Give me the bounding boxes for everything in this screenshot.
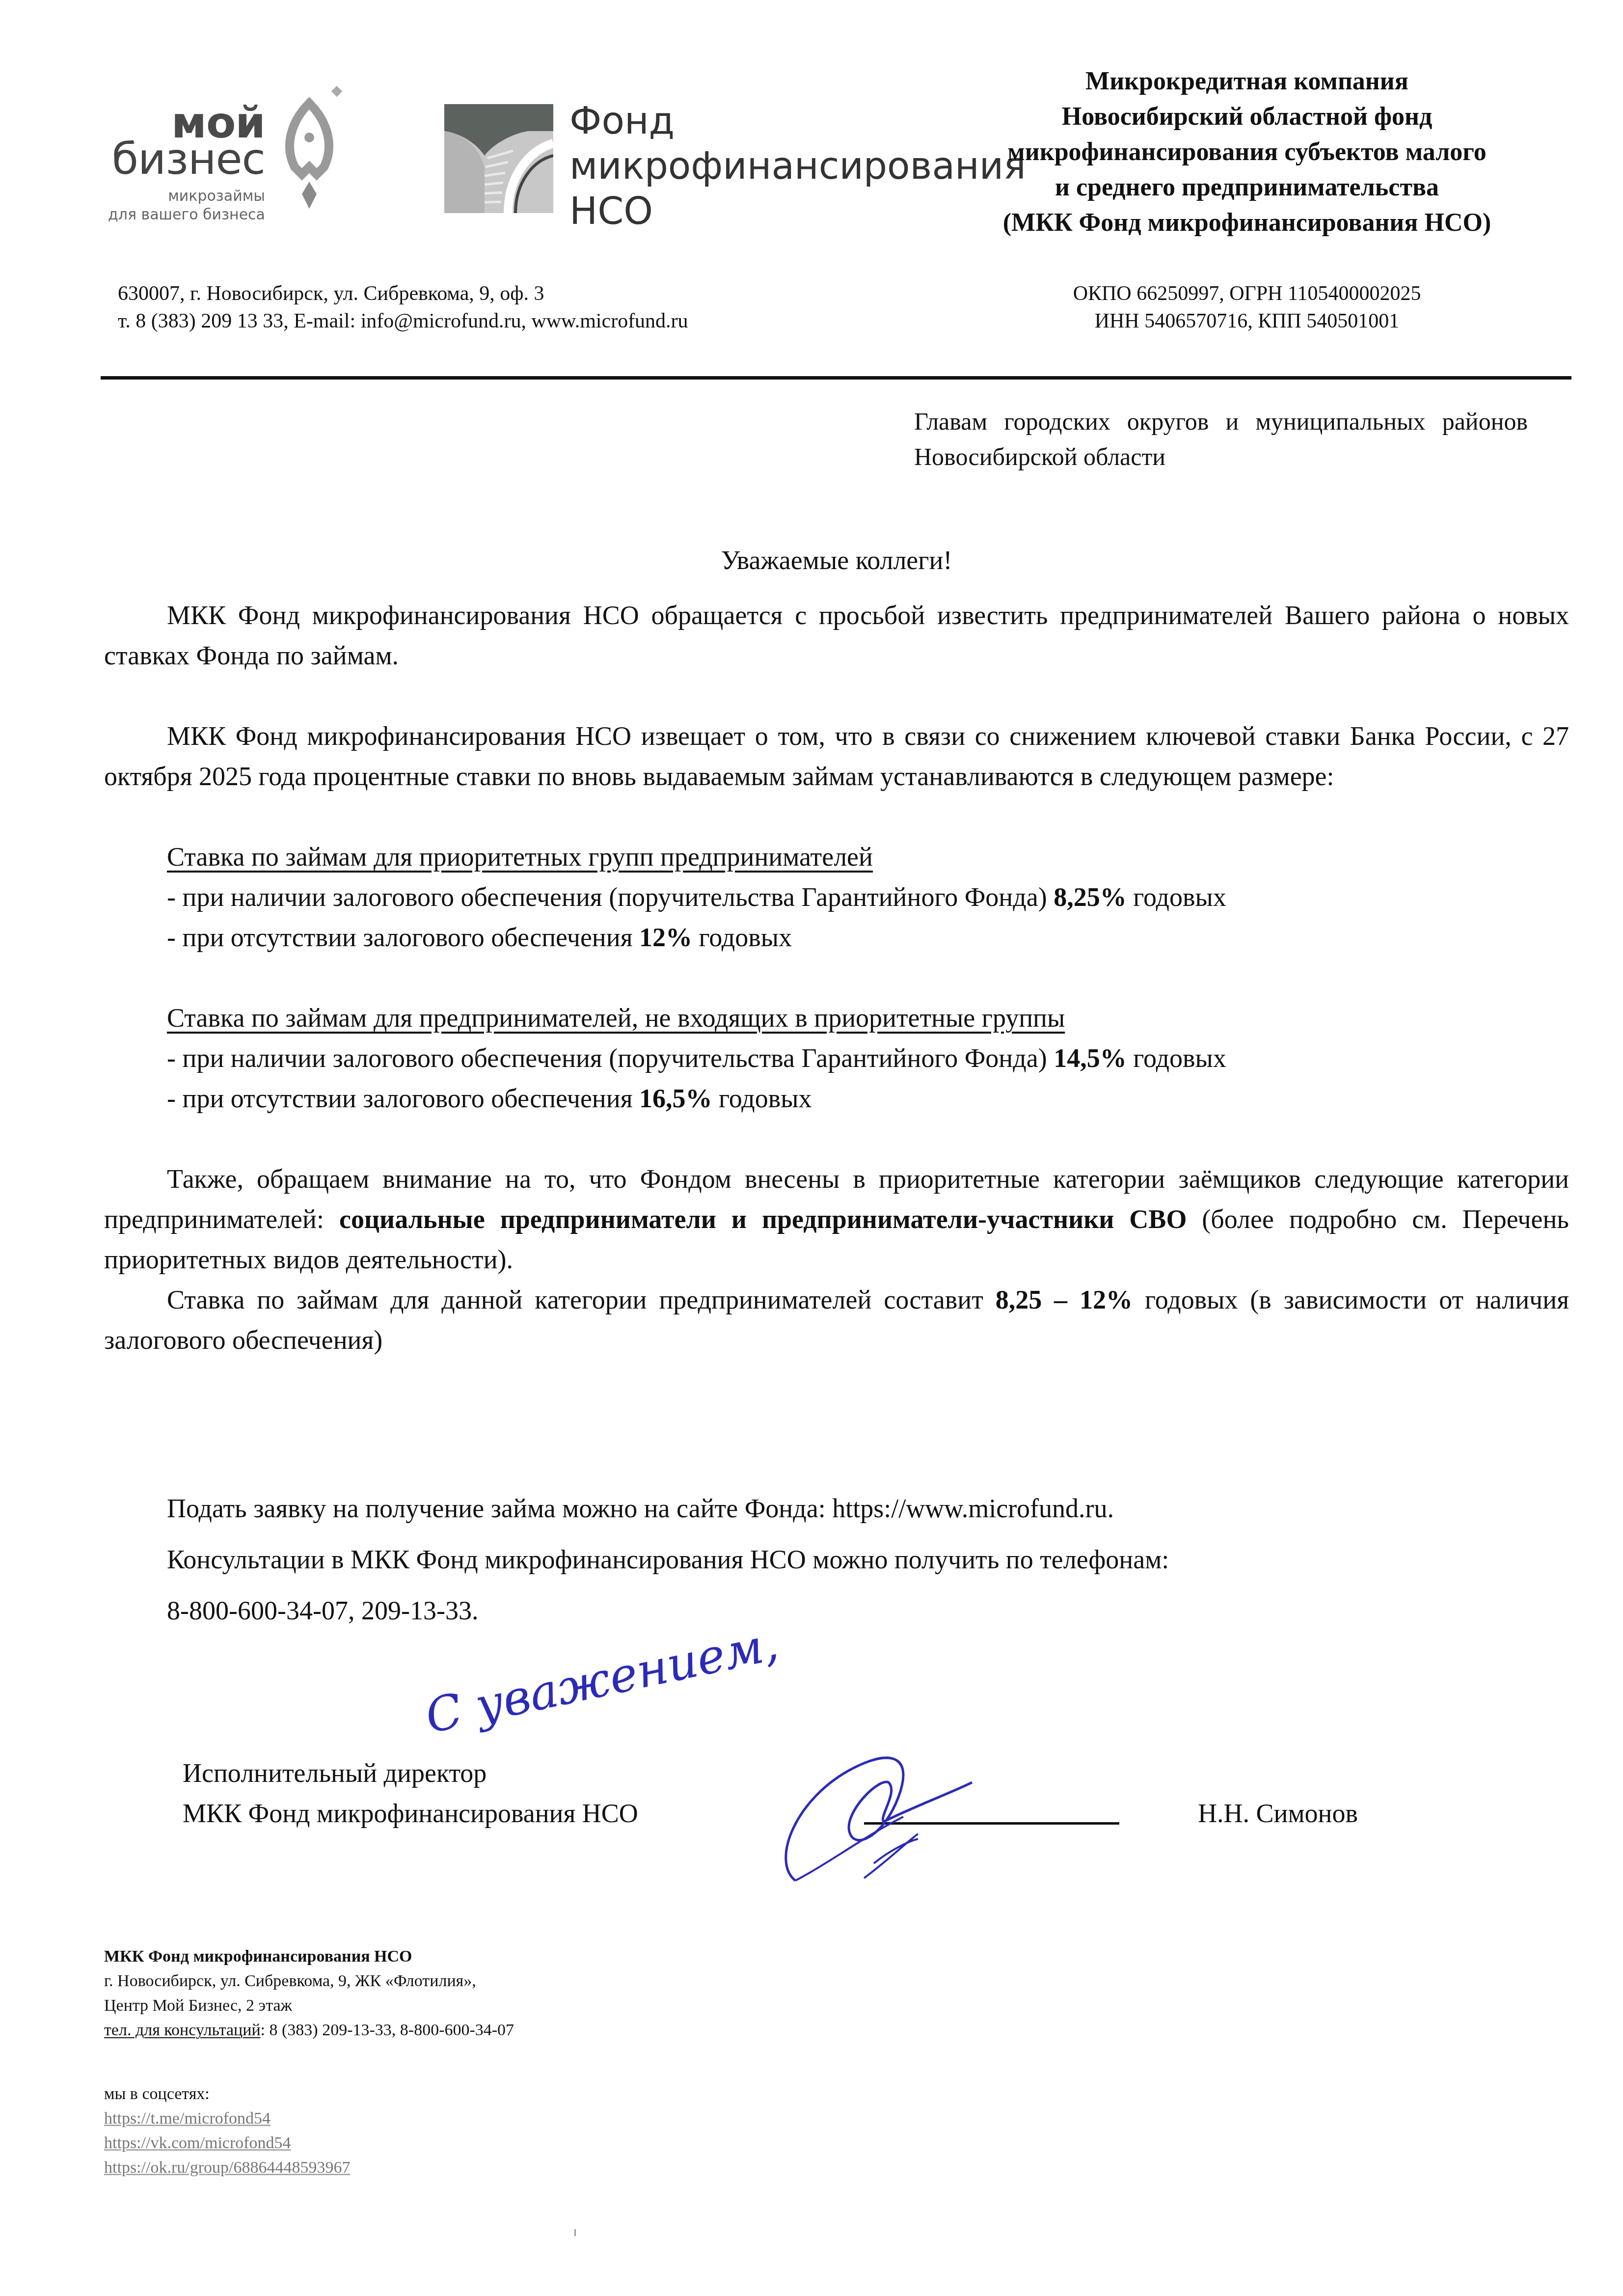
rates-priority-title: Ставка по займам для приоритетных групп … — [167, 837, 1569, 877]
social-links: мы в соцсетях: https://t.me/microfond54 … — [104, 2082, 351, 2180]
org-name-line: Новосибирский областной фонд — [923, 99, 1571, 135]
org-name: Микрокредитная компания Новосибирский об… — [923, 64, 1571, 241]
social-label: мы в соцсетях: — [104, 2082, 351, 2106]
footer: МКК Фонд микрофинансирования НСО г. Ново… — [104, 1944, 514, 2043]
rate-value: 14,5% — [1054, 1043, 1127, 1073]
paragraph-notice: МКК Фонд микрофинансирования НСО извещае… — [104, 716, 1569, 796]
footer-address: Центр Мой Бизнес, 2 этаж — [104, 1994, 514, 2018]
addressee: Главам городских округов и муниципальных… — [914, 404, 1528, 474]
greeting: Уважаемые коллеги! — [104, 540, 1569, 580]
logo-fund-line2: микрофинансирования — [569, 143, 913, 189]
role-line: МКК Фонд микрофинансирования НСО — [183, 1793, 638, 1833]
rate-value: 16,5% — [639, 1084, 712, 1113]
logo-moy-biznes: мой бизнес микрозаймы для вашего бизнеса — [103, 74, 358, 231]
org-name-line: (МКК Фонд микрофинансирования НСО) — [923, 205, 1571, 241]
rate-item: - при наличии залогового обеспечения (по… — [167, 1038, 1569, 1078]
paragraph-request: МКК Фонд микрофинансирования НСО обращае… — [104, 595, 1569, 676]
fund-emblem-icon — [444, 104, 553, 213]
logo-moy-sub2: для вашего бизнеса — [108, 206, 265, 224]
letter-body: Уважаемые коллеги! МКК Фонд микрофинанси… — [104, 540, 1569, 1360]
rocket-icon — [280, 83, 349, 211]
paragraph-category-rate: Ставка по займам для данной категории пр… — [104, 1280, 1569, 1360]
rate-value: 12% — [639, 923, 692, 952]
logo-biznes-word: бизнес — [112, 137, 265, 181]
footer-address: г. Новосибирск, ул. Сибревкома, 9, ЖК «Ф… — [104, 1969, 514, 1994]
scan-mark — [574, 2229, 576, 2236]
contacts-block: Подать заявку на получение займа можно н… — [167, 1483, 1169, 1636]
rates-nonpriority: Ставка по займам для предпринимателей, н… — [104, 998, 1569, 1119]
consult-line: Консультации в МКК Фонд микрофинансирова… — [167, 1534, 1169, 1585]
rates-nonpriority-title: Ставка по займам для предпринимателей, н… — [167, 998, 1569, 1038]
role-line: Исполнительный директор — [183, 1753, 638, 1793]
rate-item: - при отсутствии залогового обеспечения … — [167, 1078, 1569, 1119]
vk-link[interactable]: https://vk.com/microfond54 — [104, 2131, 351, 2156]
logo-fund-line3: НСО — [569, 189, 913, 234]
logo-fund-text: Фонд микрофинансирования НСО — [569, 98, 913, 234]
signatory-role: Исполнительный директор МКК Фонд микрофи… — [183, 1753, 638, 1833]
org-address: 630007, г. Новосибирск, ул. Сибревкома, … — [118, 280, 688, 335]
contact-line: т. 8 (383) 209 13 33, E-mail: info@micro… — [118, 307, 688, 335]
apply-line: Подать заявку на получение займа можно н… — [167, 1483, 1169, 1534]
org-name-line: микрофинансирования субъектов малого — [923, 135, 1571, 170]
requisites-line: ИНН 5406570716, КПП 540501001 — [923, 307, 1571, 335]
footer-title: МКК Фонд микрофинансирования НСО — [104, 1944, 514, 1969]
signature-icon — [766, 1738, 1041, 1886]
logo-moy-sub1: микрозаймы — [168, 188, 265, 205]
signatory-name: Н.Н. Симонов — [1198, 1793, 1358, 1833]
rate-value: 8,25% — [1054, 882, 1127, 912]
org-name-line: Микрокредитная компания — [923, 64, 1571, 99]
address-line: 630007, г. Новосибирск, ул. Сибревкома, … — [118, 280, 688, 307]
ok-link[interactable]: https://ok.ru/group/68864448593967 — [104, 2156, 351, 2180]
footer-phone: тел. для консультаций: 8 (383) 209-13-33… — [104, 2018, 514, 2043]
header-divider — [101, 376, 1571, 380]
rates-priority: Ставка по займам для приоритетных групп … — [104, 837, 1569, 957]
org-name-line: и среднего предпринимательства — [923, 170, 1571, 205]
phones-line: 8-800-600-34-07, 209-13-33. — [167, 1585, 1169, 1636]
org-requisites: ОКПО 66250997, ОГРН 1105400002025 ИНН 54… — [923, 280, 1571, 335]
requisites-line: ОКПО 66250997, ОГРН 1105400002025 — [923, 280, 1571, 307]
logo-fund-line1: Фонд — [569, 98, 913, 143]
paragraph-categories: Также, обращаем внимание на то, что Фонд… — [104, 1159, 1569, 1280]
rate-item: - при отсутствии залогового обеспечения … — [167, 917, 1569, 957]
telegram-link[interactable]: https://t.me/microfond54 — [104, 2106, 351, 2131]
rate-item: - при наличии залогового обеспечения (по… — [167, 877, 1569, 917]
